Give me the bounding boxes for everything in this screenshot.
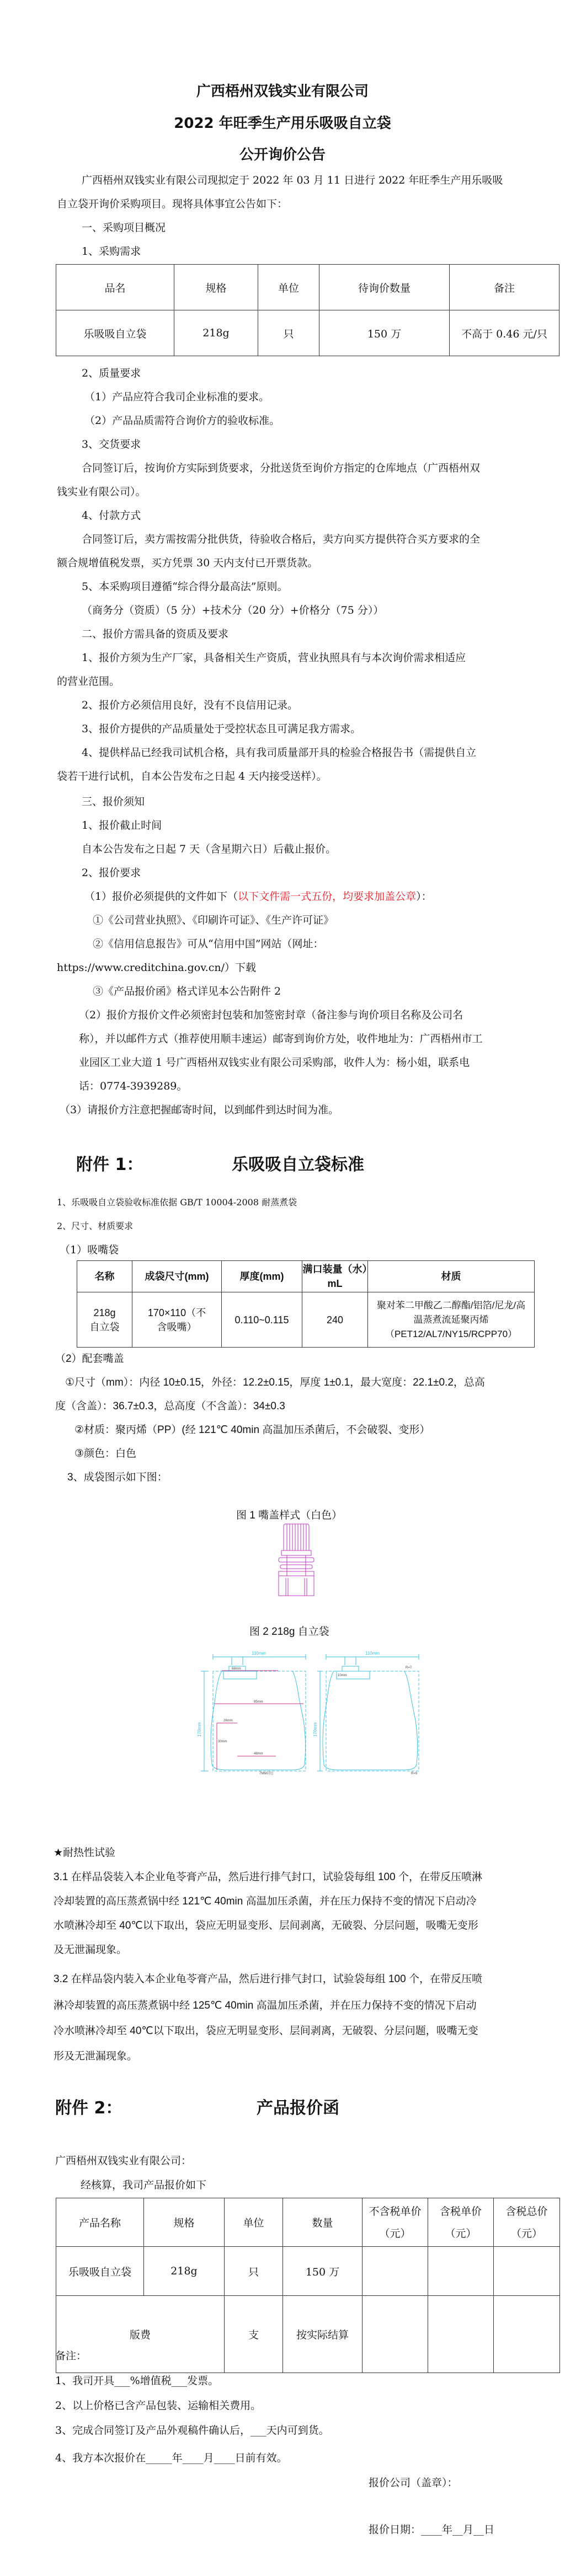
svg-text:110mm: 110mm xyxy=(365,1651,380,1656)
cap-material: ②材质：聚丙烯（PP）(经 121℃ 40min 高温加压杀菌后，不会破裂、变形… xyxy=(74,1424,430,1436)
section1-heading: 一、采购项目概况 xyxy=(82,222,166,234)
delivery-heading: 3、交货要求 xyxy=(82,438,141,450)
table-row: 乐吸吸自立袋 218g 只 150 万 不高于 0.46 元/只 xyxy=(56,310,559,356)
annex1-std: 1、乐吸吸自立袋验收标准依据 GB/T 10004-2008 耐蒸煮袋 xyxy=(57,1196,297,1209)
cap-diagram xyxy=(276,1523,320,1597)
plate-total-cell[interactable] xyxy=(494,2296,560,2373)
doc3: ③《产品报价函》格式详见本公告附件 2 xyxy=(93,985,281,997)
svg-text:R=7: R=7 xyxy=(406,1666,412,1670)
section3-heading: 三、报价须知 xyxy=(82,796,145,808)
svg-text:R=9: R=9 xyxy=(411,1772,418,1775)
figure-heading: 3、成袋图示如下图： xyxy=(67,1472,168,1484)
principle: 5、本采购项目遵循“综合得分最高法”原则。 xyxy=(82,581,288,593)
annex1-size-heading: 2、尺寸、材质要求 xyxy=(57,1220,133,1232)
s2-item1-l1: 1、报价方须为生产厂家，具备相关生产资质，营业执照具有与本次询价需求相适应 xyxy=(82,652,466,664)
svg-text:95mm: 95mm xyxy=(254,1700,263,1704)
svg-text:7MM封边: 7MM封边 xyxy=(259,1771,273,1775)
annex2-title: 产品报价函 xyxy=(257,2094,339,2118)
heat-31-l2: 冷却装置的高压蒸煮锅中经 121℃ 40min 高温加压杀菌，并在压力保持不变的… xyxy=(54,1896,477,1908)
doc-title: 公开询价公告 xyxy=(0,143,565,164)
doc2-l1: ②《信用信息报告》可从“信用中国”网站（网址： xyxy=(93,938,323,950)
cap-size-l2: 度（含盖）：36.7±0.3，总高度（不含盖）：34±0.3 xyxy=(55,1400,285,1413)
annex1-label: 附件 1： xyxy=(76,1151,143,1175)
s2-item4-l2: 袋若干进行试机，自本公告发布之日起 4 天内接受送样）。 xyxy=(57,770,327,782)
creditchina-link[interactable]: https://www.creditchina.gov.cn/）下载 xyxy=(57,962,256,974)
quote-req-heading: 2、报价要求 xyxy=(82,867,141,879)
payment-l2: 额合规增值税发票，买方凭票 30 天内支付已开票货款。 xyxy=(57,557,318,569)
project-title: 2022 年旺季生产用乐吸吸自立袋 xyxy=(0,112,565,132)
th-qty: 待询价数量 xyxy=(319,265,450,310)
svg-text:170mm: 170mm xyxy=(313,1722,318,1737)
req1: （1）报价必须提供的文件如下（以下文件需一式五份，均要求加盖公章）： xyxy=(84,890,432,903)
th-remark: 备注 xyxy=(450,265,559,310)
annex2-label: 附件 2： xyxy=(55,2094,122,2118)
plate-price-excl-cell[interactable] xyxy=(363,2296,428,2373)
deadline-heading: 1、报价截止时间 xyxy=(82,819,162,831)
quality-heading: 2、质量要求 xyxy=(82,367,141,379)
svg-text:30mm: 30mm xyxy=(218,1740,227,1743)
table-row: 乐吸吸自立袋 218g 只 150 万 xyxy=(56,2247,560,2296)
req2-l1: （2）报价方报价文件必须密封包装和加签密封章（备注参与询价项目名称及公司名 xyxy=(79,1009,463,1021)
deadline-text: 自本公告发布之日起 7 天（含星期六日）后截止报价。 xyxy=(82,843,336,855)
sign-company: 报价公司（盖章）： xyxy=(369,2477,458,2489)
s2-item4-l1: 4、提供样品已经我司试机合格，具有我司质量部开具的检验合格报告书（需提供自立 xyxy=(82,747,476,759)
cap-color: ③颜色：白色 xyxy=(74,1448,136,1460)
total-incl-tax-cell[interactable] xyxy=(494,2247,560,2296)
cap-heading: （2）配套嘴盖 xyxy=(55,1353,124,1365)
heat-heading: ★耐热性试验 xyxy=(54,1847,115,1859)
heat-31-l3: 水喷淋冷却至 40℃以下取出，袋应无明显变形、层间剥离，无破裂、分层问题，吸嘴无… xyxy=(54,1920,478,1932)
sign-date: 报价日期：____年__月__日 xyxy=(369,2524,494,2536)
delivery-l2: 钱实业有限公司）。 xyxy=(57,486,146,498)
payment-l1: 合同签订后，卖方需按需分批供货，待验收合格后，卖方向买方提供符合买方要求的全 xyxy=(82,533,480,545)
svg-text:10mm: 10mm xyxy=(338,1674,347,1677)
quote-table: 产品名称 规格 单位 数量 不含税单价（元） 含税单价（元） 含税总价（元） 乐… xyxy=(56,2198,560,2373)
svg-text:170mm: 170mm xyxy=(197,1722,202,1737)
svg-text:26mm: 26mm xyxy=(223,1719,233,1722)
quality-2: （2）产品品质需符合询价方的验收标准。 xyxy=(84,415,280,427)
plate-price-incl-cell[interactable] xyxy=(428,2296,494,2373)
delivery-l1: 合同签订后，按询价方实际到货要求，分批送货至询价方指定的仓库地点（广西梧州双 xyxy=(82,462,480,474)
annex1-title: 乐吸吸自立袋标准 xyxy=(232,1151,364,1175)
intro-line2: 自立袋开询价采购项目。现将具体事宜公告如下： xyxy=(57,198,287,210)
table-row: 版费 支 按实际结算 xyxy=(56,2296,560,2373)
svg-text:48mm: 48mm xyxy=(254,1752,263,1756)
req2-l2: 称），并以邮件方式（推荐使用顺丰速运）邮寄到询价方处，收件地址为：广西梧州市工 xyxy=(79,1033,483,1045)
heat-31-l1: 3.1 在样品袋装入本企业龟苓膏产品，然后进行排气封口，试验袋每组 100 个，… xyxy=(54,1871,482,1883)
pouch-spec-table: 名称 成袋尺寸(mm) 厚度(mm) 满口装量（水）mL 材质 218g 自立袋… xyxy=(77,1260,535,1348)
heat-32-l3: 冷水喷淋冷却至 40℃以下取出，袋应无明显变形、层间剥离，无破裂、分层问题，吸嘴… xyxy=(54,2025,478,2037)
cap-size-l1: ①尺寸（mm）：内径 10±0.15，外径：12.2±0.15，厚度 1±0.1… xyxy=(65,1377,485,1389)
req-heading: 1、采购需求 xyxy=(82,245,141,257)
s2-item3: 3、报价方提供的产品质量处于受控状态且可满足我方需求。 xyxy=(82,723,361,735)
fig1-caption: 图 1 嘴盖样式（白色） xyxy=(236,1507,342,1522)
req2-l4: 话：0774-3939289。 xyxy=(79,1080,187,1092)
note2: 2、以上价格已含产品包装、运输相关费用。 xyxy=(55,2400,261,2412)
req3: （3）请报价方注意把握邮寄时间，以到邮件到达时间为准。 xyxy=(60,1104,339,1116)
note4: 4、我方本次报价在_____年____月____日前有效。 xyxy=(55,2452,287,2464)
note3: 3、完成合同签订及产品外观稿件确认后，___天内可到货。 xyxy=(55,2424,329,2437)
th-unit: 单位 xyxy=(258,265,319,310)
s2-item2: 2、报价方必须信用良好，没有不良信用记录。 xyxy=(82,699,298,711)
scoring: （商务分（资质）（5 分）+技术分（20 分）+价格分（75 分）） xyxy=(82,604,383,616)
svg-text:68mm: 68mm xyxy=(232,1667,241,1671)
req2-l3: 业园区工业大道 1 号广西梧州双钱实业有限公司采购部，收件人为：杨小姐，联系电 xyxy=(79,1056,470,1069)
note1: 1、我司开具___%增值税___发票。 xyxy=(55,2375,218,2387)
heat-32-l1: 3.2 在样品袋内装入本企业龟苓膏产品，然后进行排气封口，试验袋每组 100 个… xyxy=(54,1973,482,1985)
pouch-heading: （1）吸嘴袋 xyxy=(60,1244,119,1256)
svg-text:110mm: 110mm xyxy=(252,1651,266,1656)
notes-heading: 备注： xyxy=(55,2350,87,2362)
heat-32-l4: 形及无泄漏现象。 xyxy=(54,2051,137,2063)
th-name: 品名 xyxy=(56,265,174,310)
red-notice: 以下文件需一式五份，均要求加盖公章 xyxy=(238,890,416,903)
price-excl-tax-cell[interactable] xyxy=(363,2247,428,2296)
intro-line1: 广西梧州双钱实业有限公司现拟定于 2022 年 03 月 11 日进行 2022… xyxy=(82,174,503,186)
price-incl-tax-cell[interactable] xyxy=(428,2247,494,2296)
th-spec: 规格 xyxy=(174,265,258,310)
addressee: 广西梧州双钱实业有限公司： xyxy=(55,2155,191,2167)
doc1: ①《公司营业执照》、《印刷许可证》、《生产许可证》 xyxy=(93,914,334,926)
procurement-table: 品名 规格 单位 待询价数量 备注 乐吸吸自立袋 218g 只 150 万 不高… xyxy=(56,264,559,356)
fig2-caption: 图 2 218g 自立袋 xyxy=(249,1623,329,1638)
heat-31-l4: 及无泄漏现象。 xyxy=(54,1944,127,1956)
payment-heading: 4、付款方式 xyxy=(82,509,141,522)
heat-32-l2: 淋冷却装置的高压蒸煮锅中经 125℃ 40min 高温加压杀菌，并在压力保持不变… xyxy=(54,2000,477,2012)
section2-heading: 二、报价方需具备的资质及要求 xyxy=(82,628,228,640)
quality-1: （1）产品应符合我司企业标准的要求。 xyxy=(84,391,269,403)
s2-item1-l2: 的营业范围。 xyxy=(57,675,120,688)
pouch-diagram: 110mm 110mm 170mm 170mm 68mm 95mm 10mm R… xyxy=(193,1649,425,1775)
company-title: 广西梧州双钱实业有限公司 xyxy=(0,80,565,100)
quote-intro: 经核算，我司产品报价如下 xyxy=(81,2179,206,2191)
table-row: 218g 自立袋 170×110（不含吸嘴） 0.110~0.115 240 聚… xyxy=(77,1292,535,1348)
